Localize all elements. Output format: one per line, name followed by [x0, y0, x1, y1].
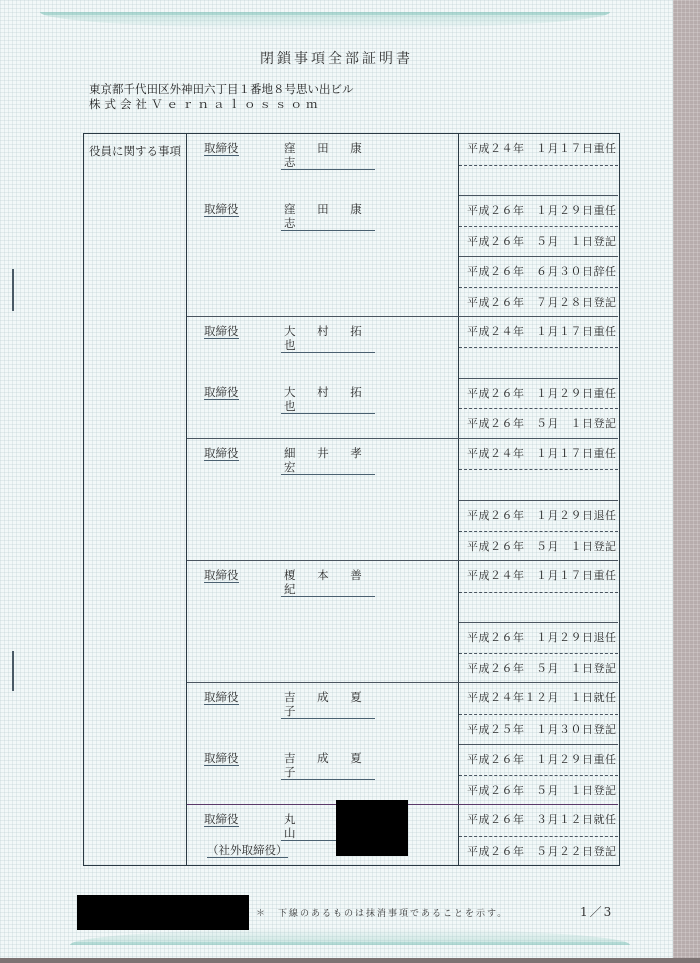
binding-mark	[12, 269, 14, 311]
officer-name-cell: 取締役榎 本 善 紀	[187, 561, 459, 682]
officer-role: 取締役	[204, 568, 239, 583]
date-column: 平成２４年 １月１７日重任平成２６年 １月２９日重任平成２６年 ５月 １日登記平…	[459, 134, 618, 317]
date-entry: 平成２６年 １月２９日重任	[459, 378, 618, 409]
binding-mark	[12, 651, 14, 691]
company-name: 株式会社Ｖｅｒｎａｌｏｓｓｏｍ	[89, 96, 322, 112]
officer-subrole: （社外取締役）	[207, 843, 288, 858]
date-entry: 平成２４年 １月１７日重任	[459, 134, 618, 165]
officer-name: 丸 山	[281, 812, 337, 841]
date-entry	[459, 165, 618, 196]
company-address: 東京都千代田区外神田六丁目１番地８号思い出ビル	[89, 81, 354, 97]
date-entry: 平成２６年 ３月１２日就任	[459, 805, 618, 836]
officer-group: 取締役細 井 孝 宏平成２４年 １月１７日重任平成２６年 １月２９日退任平成２６…	[187, 438, 618, 560]
page-number: 1／3	[580, 903, 613, 920]
date-entry: 平成２６年 ６月３０日辞任	[459, 256, 618, 287]
officer-name-cell: 取締役丸 山（社外取締役）	[187, 805, 459, 865]
date-entry: 平成２４年 １月１７日重任	[459, 439, 618, 470]
date-entry: 平成２４年 １月１７日重任	[459, 561, 618, 592]
date-entry: 平成２５年 １月３０日登記	[459, 714, 618, 745]
date-entry: 平成２６年 ５月 １日登記	[459, 653, 618, 684]
date-entry: 平成２６年 １月２９日重任	[459, 744, 618, 775]
date-entry: 平成２６年 ５月 １日登記	[459, 408, 618, 439]
date-entry: 平成２６年 １月２９日退任	[459, 622, 618, 653]
officer-table: 役員に関する事項 取締役窪 田 康 志取締役窪 田 康 志平成２４年 １月１７日…	[83, 133, 620, 866]
date-entry: 平成２６年 ５月 １日登記	[459, 775, 618, 806]
officer-role: 取締役	[204, 385, 239, 400]
officer-name: 大 村 拓 也	[281, 385, 375, 414]
category-column: 役員に関する事項	[84, 134, 187, 865]
document-title: 閉鎖事項全部証明書	[0, 48, 673, 68]
date-column: 平成２４年 １月１７日重任平成２６年 １月２９日重任平成２６年 ５月 １日登記	[459, 317, 618, 438]
officer-name: 吉 成 夏 子	[281, 751, 375, 780]
officer-name: 窪 田 康 志	[281, 141, 375, 170]
officer-name: 窪 田 康 志	[281, 202, 375, 231]
date-entry: 平成２４年１２月 １日就任	[459, 683, 618, 714]
date-entry: 平成２６年 １月２９日退任	[459, 500, 618, 531]
date-entry: 平成２６年 １月２９日重任	[459, 195, 618, 226]
date-entry: 平成２６年 ５月 １日登記	[459, 226, 618, 257]
date-column: 平成２４年 １月１７日重任平成２６年 １月２９日退任平成２６年 ５月 １日登記	[459, 561, 618, 682]
officer-role: 取締役	[204, 751, 239, 766]
officer-name: 大 村 拓 也	[281, 324, 375, 353]
date-entry: 平成２６年 ５月２２日登記	[459, 836, 618, 867]
date-entry	[459, 592, 618, 623]
date-entry: 平成２６年 ７月２８日登記	[459, 287, 618, 318]
date-column: 平成２４年１２月 １日就任平成２５年 １月３０日登記平成２６年 １月２９日重任平…	[459, 683, 618, 804]
date-column: 平成２４年 １月１７日重任平成２６年 １月２９日退任平成２６年 ５月 １日登記	[459, 439, 618, 560]
officer-group: 取締役窪 田 康 志取締役窪 田 康 志平成２４年 １月１７日重任平成２６年 １…	[187, 134, 618, 317]
officer-role: 取締役	[204, 812, 239, 827]
officer-name-cell: 取締役細 井 孝 宏	[187, 439, 459, 560]
officer-role: 取締役	[204, 690, 239, 705]
officer-name: 榎 本 善 紀	[281, 568, 375, 597]
scan-shadow	[0, 958, 700, 963]
bottom-ornament	[70, 928, 630, 945]
officer-name-cell: 取締役大 村 拓 也取締役大 村 拓 也	[187, 317, 459, 438]
officer-name-cell: 取締役吉 成 夏 子取締役吉 成 夏 子	[187, 683, 459, 804]
date-entry: 平成２６年 ５月 １日登記	[459, 531, 618, 562]
date-entry: 平成２４年 １月１７日重任	[459, 317, 618, 348]
date-entry	[459, 469, 618, 500]
officer-group: 取締役大 村 拓 也取締役大 村 拓 也平成２４年 １月１７日重任平成２６年 １…	[187, 316, 618, 438]
date-entry	[459, 347, 618, 378]
redaction-box	[336, 800, 408, 856]
redaction-box	[77, 895, 249, 930]
date-column: 平成２６年 ３月１２日就任平成２６年 ５月２２日登記	[459, 805, 618, 865]
officer-role: 取締役	[204, 202, 239, 217]
officer-name: 吉 成 夏 子	[281, 690, 375, 719]
officer-role: 取締役	[204, 141, 239, 156]
footnote: ＊ 下線のあるものは抹消事項であることを示す。	[256, 906, 508, 919]
officer-role: 取締役	[204, 324, 239, 339]
scan-edge	[673, 0, 700, 963]
officer-name: 細 井 孝 宏	[281, 446, 375, 475]
top-ornament	[40, 12, 610, 29]
category-label: 役員に関する事項	[89, 143, 181, 159]
officer-role: 取締役	[204, 446, 239, 461]
officer-group: 取締役吉 成 夏 子取締役吉 成 夏 子平成２４年１２月 １日就任平成２５年 １…	[187, 682, 618, 804]
officer-name-cell: 取締役窪 田 康 志取締役窪 田 康 志	[187, 134, 459, 317]
officer-group: 取締役榎 本 善 紀平成２４年 １月１７日重任平成２６年 １月２９日退任平成２６…	[187, 560, 618, 682]
